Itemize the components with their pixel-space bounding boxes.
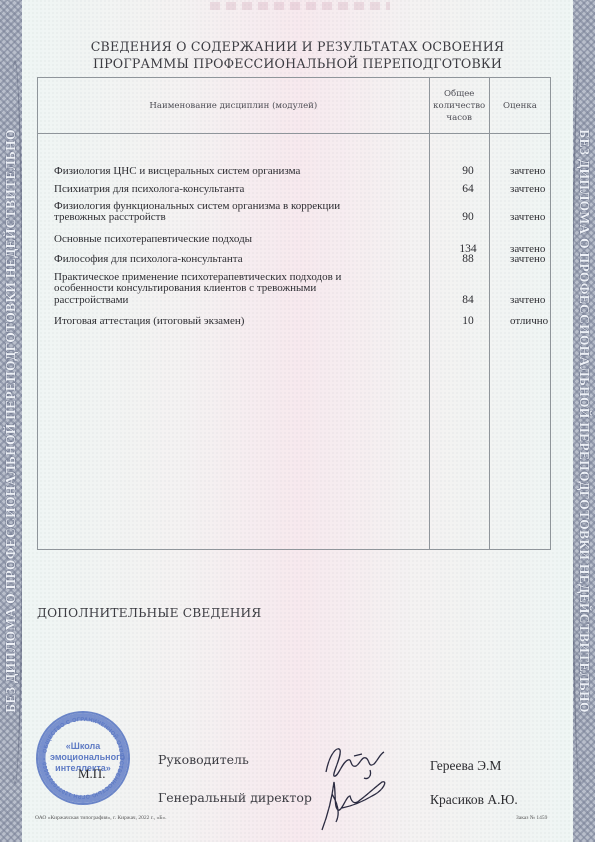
discipline-grade: зачтено [510, 212, 570, 223]
title-line-2: ПРОГРАММЫ ПРОФЕССИОНАЛЬНОЙ ПЕРЕПОДГОТОВК… [40, 55, 555, 72]
table-row: Физиология функциональных систем организ… [54, 201, 574, 224]
table-row: Практическое применение психотерапевтиче… [54, 272, 574, 306]
additional-info-title: ДОПОЛНИТЕЛЬНЫЕ СВЕДЕНИЯ [37, 606, 261, 620]
table-row: Психиатрия для психолога-консультанта64з… [54, 184, 574, 195]
printer-imprint: ОАО «Киржачская типография», г. Киржач, … [35, 815, 167, 821]
column-header-grade: Оценка [489, 78, 550, 134]
right-border-text: БЕЗ ДИПЛОМА О ПРОФЕССИОНАЛЬНОЙ ПЕРЕПОДГО… [576, 129, 592, 713]
page-title: СВЕДЕНИЯ О СОДЕРЖАНИИ И РЕЗУЛЬТАТАХ ОСВО… [40, 38, 555, 72]
order-number: Заказ № 1459 [516, 815, 547, 821]
signatory-name-2: Красиков А.Ю. [430, 792, 518, 808]
discipline-hours: 88 [450, 254, 486, 265]
discipline-hours: 90 [450, 212, 486, 223]
top-watermark [210, 2, 390, 10]
table-row: Философия для психолога-консультанта88за… [54, 254, 574, 265]
stamp-line-1: «Школа [50, 741, 116, 752]
left-border-text: БЕЗ ДИПЛОМА О ПРОФЕССИОНАЛЬНОЙ ПЕРЕПОДГО… [3, 129, 19, 713]
table-row: Основные психотерапевтические подходы134… [54, 234, 574, 245]
hours-header-line-2: количество [433, 101, 485, 111]
discipline-name: Физиология функциональных систем организ… [54, 201, 384, 224]
discipline-name: Практическое применение психотерапевтиче… [54, 272, 384, 306]
signatory-role-1: Руководитель [158, 752, 249, 767]
signatory-role-2: Генеральный директор [158, 790, 312, 805]
table-header-row: Наименование дисциплин (модулей) Общее к… [38, 78, 551, 134]
column-header-hours: Общее количество часов [429, 78, 489, 134]
stamp-line-2: эмоционального [50, 752, 116, 763]
discipline-name: Основные психотерапевтические подходы [54, 234, 384, 245]
table-row: Итоговая аттестация (итоговый экзамен)10… [54, 316, 574, 327]
discipline-grade: зачтено [510, 295, 570, 306]
discipline-name: Психиатрия для психолога-консультанта [54, 184, 384, 195]
signatory-name-1: Гереева Э.М [430, 758, 501, 774]
discipline-grade: зачтено [510, 166, 570, 177]
discipline-grade: зачтено [510, 254, 570, 265]
discipline-name: Философия для психолога-консультанта [54, 254, 384, 265]
grade-column-cell [489, 134, 550, 550]
discipline-grade: зачтено [510, 184, 570, 195]
discipline-hours: 84 [450, 295, 486, 306]
discipline-hours: 90 [450, 166, 486, 177]
title-line-1: СВЕДЕНИЯ О СОДЕРЖАНИИ И РЕЗУЛЬТАТАХ ОСВО… [40, 38, 555, 55]
stamp-place-label: М.П. [78, 766, 105, 782]
hours-column-cell [429, 134, 489, 550]
signature-2 [312, 774, 392, 834]
diploma-supplement-page: БЕЗ ДИПЛОМА О ПРОФЕССИОНАЛЬНОЙ ПЕРЕПОДГО… [0, 0, 595, 842]
discipline-column-cell [38, 134, 430, 550]
table-row: Физиология ЦНС и висцеральных систем орг… [54, 166, 574, 177]
hours-header-line-3: часов [446, 113, 472, 123]
discipline-hours: 64 [450, 184, 486, 195]
table-body-row [38, 134, 551, 550]
hours-header-line-1: Общее [444, 89, 474, 99]
discipline-grade: отлично [510, 316, 570, 327]
column-header-discipline: Наименование дисциплин (модулей) [38, 78, 430, 134]
left-ornamental-border: БЕЗ ДИПЛОМА О ПРОФЕССИОНАЛЬНОЙ ПЕРЕПОДГО… [0, 0, 22, 842]
discipline-name: Физиология ЦНС и висцеральных систем орг… [54, 166, 384, 177]
discipline-hours: 10 [450, 316, 486, 327]
organization-stamp: ОБЩЕСТВО С ОГРАНИЧЕННОЙ ОТВЕТСТВЕННОСТЬЮ… [36, 711, 130, 805]
disciplines-table: Наименование дисциплин (модулей) Общее к… [37, 77, 551, 550]
right-ornamental-border: БЕЗ ДИПЛОМА О ПРОФЕССИОНАЛЬНОЙ ПЕРЕПОДГО… [573, 0, 595, 842]
discipline-name: Итоговая аттестация (итоговый экзамен) [54, 316, 384, 327]
